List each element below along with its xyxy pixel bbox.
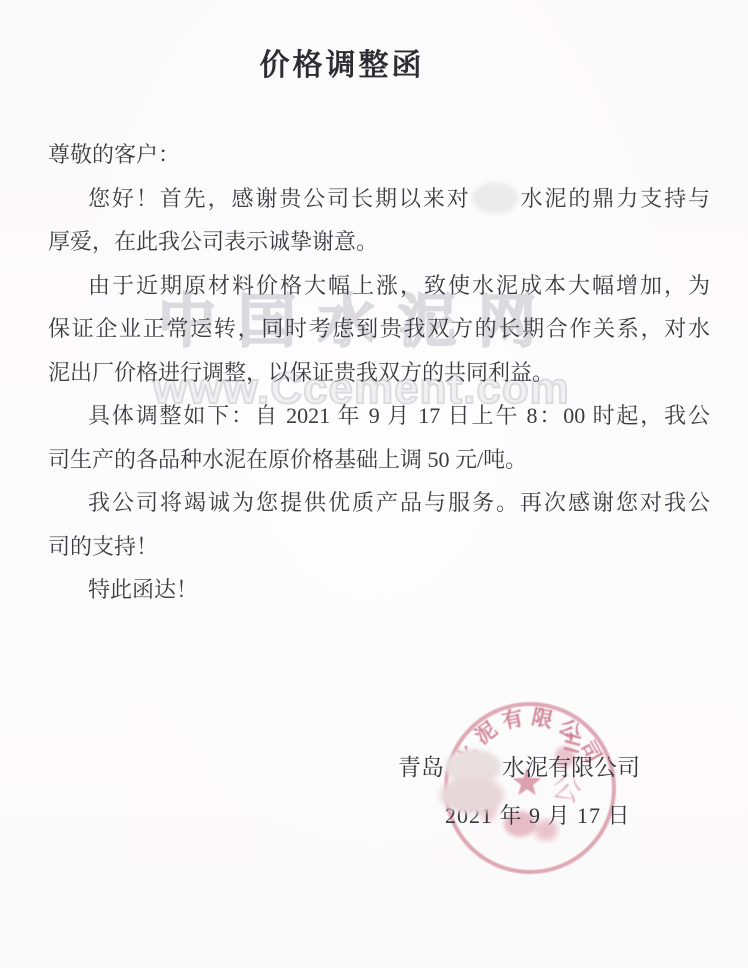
para2-line1: 由于近期原材料价格大幅上涨，致使水泥成本大幅增加，为: [48, 264, 710, 308]
para2-line3: 泥出厂价格进行调整，以保证贵我双方的共同利益。: [48, 351, 710, 395]
para3-line1: 具体调整如下：自 2021 年 9 月 17 日上午 8：00 时起，我公: [48, 394, 710, 438]
signature-company-pre: 青岛: [398, 755, 444, 780]
para1-line1-pre: 您好！首先，感谢贵公司长期以来对: [88, 186, 471, 211]
para2-line2: 保证企业正常运转，同时考虑到贵我双方的长期合作关系，对水: [48, 307, 710, 351]
letter-page: 中国水泥网 www.Ccement.com 水泥有限公司 公 价格: [0, 0, 748, 968]
signature-company: 青岛水泥有限公司: [0, 749, 640, 785]
page-title: 价格调整函: [0, 40, 684, 84]
para3-line2: 司生产的各品种水泥在原价格基础上调 50 元/吨。: [48, 438, 710, 482]
signature-company-post: 水泥有限公司: [502, 755, 640, 780]
closing-line: 特此函达！: [48, 568, 710, 612]
para1-line1: 您好！首先，感谢贵公司长期以来对水泥的鼎力支持与: [48, 177, 710, 221]
para4-line1: 我公司将竭诚为您提供优质产品与服务。再次感谢您对我公: [48, 481, 710, 525]
para1-line2: 厚爱，在此我公司表示诚挚谢意。: [48, 220, 710, 264]
letter-body: 尊敬的客户： 您好！首先，感谢贵公司长期以来对水泥的鼎力支持与 厚爱，在此我公司…: [48, 133, 710, 612]
redaction-blur: [440, 776, 504, 814]
para1-line1-post: 水泥的鼎力支持与: [519, 186, 710, 211]
redaction-blur: [472, 182, 518, 214]
para4-line2: 司的支持！: [48, 525, 710, 569]
salutation: 尊敬的客户：: [48, 133, 710, 177]
